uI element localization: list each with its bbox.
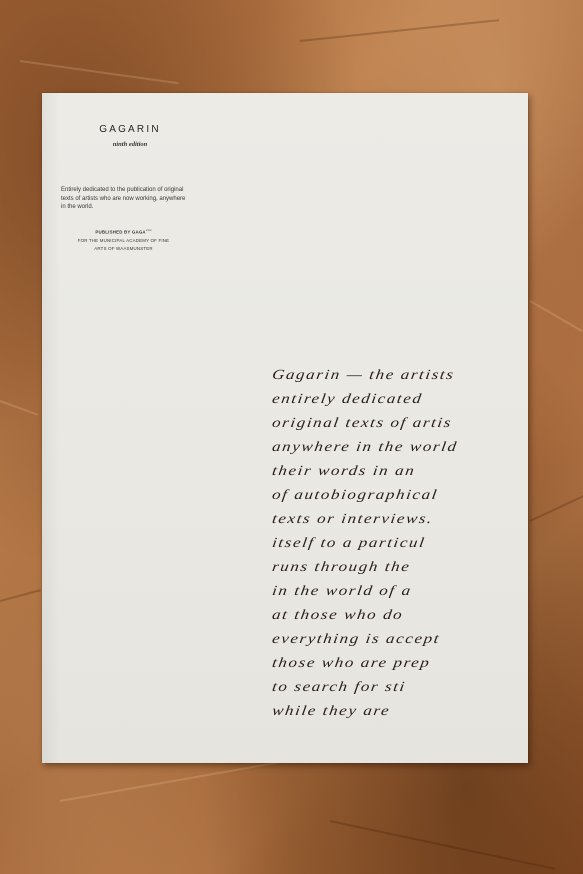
book-spine-edge <box>42 93 60 763</box>
paper-crease <box>300 19 499 42</box>
handwriting-line: while they are <box>271 703 391 719</box>
handwriting-line: entirely dedicated <box>271 391 424 407</box>
handwriting-line: texts or interviews. <box>271 511 434 527</box>
book-description: Entirely dedicated to the publication of… <box>61 186 186 212</box>
publisher-line-3: ARTS OF WAASMUNSTER <box>61 245 186 253</box>
handwriting-line: itself to a particul <box>271 535 427 551</box>
handwriting-line: runs through the <box>271 559 412 575</box>
handwritten-text-block: Gagarin — the artists entirely dedicated… <box>271 363 528 723</box>
handwriting-line: anywhere in the world <box>271 439 459 455</box>
paper-crease <box>0 589 41 602</box>
paper-crease <box>530 495 583 522</box>
publisher-name: PUBLISHED BY GAGA <box>95 229 145 234</box>
paper-crease <box>0 400 38 416</box>
publisher-line-2: FOR THE MUNICIPAL ACADEMY OF FINE <box>61 237 186 245</box>
publisher-suffix: vzw <box>146 228 152 232</box>
handwriting-line: their words in an <box>271 463 417 479</box>
paper-crease <box>20 60 179 84</box>
handwriting-line: those who are prep <box>271 655 432 671</box>
handwriting-line: at those who do <box>271 607 405 623</box>
handwriting-line: Gagarin — the artists <box>271 367 456 383</box>
paper-crease <box>330 820 555 870</box>
handwriting-line: to search for sti <box>271 679 407 695</box>
publisher-line-1: PUBLISHED BY GAGAvzw <box>61 226 186 237</box>
book-edition: ninth edition <box>99 141 161 148</box>
handwriting-line: original texts of artis <box>271 415 453 431</box>
handwriting-line: in the world of a <box>271 583 413 599</box>
paper-crease <box>530 300 583 332</box>
paper-crease <box>60 762 277 802</box>
book-cover: GAGARIN ninth edition Entirely dedicated… <box>42 93 528 763</box>
publisher-block: PUBLISHED BY GAGAvzw FOR THE MUNICIPAL A… <box>61 226 186 253</box>
book-title: GAGARIN <box>99 124 161 135</box>
handwriting-line: everything is accept <box>271 631 441 647</box>
handwriting-line: of autobiographical <box>271 487 439 503</box>
